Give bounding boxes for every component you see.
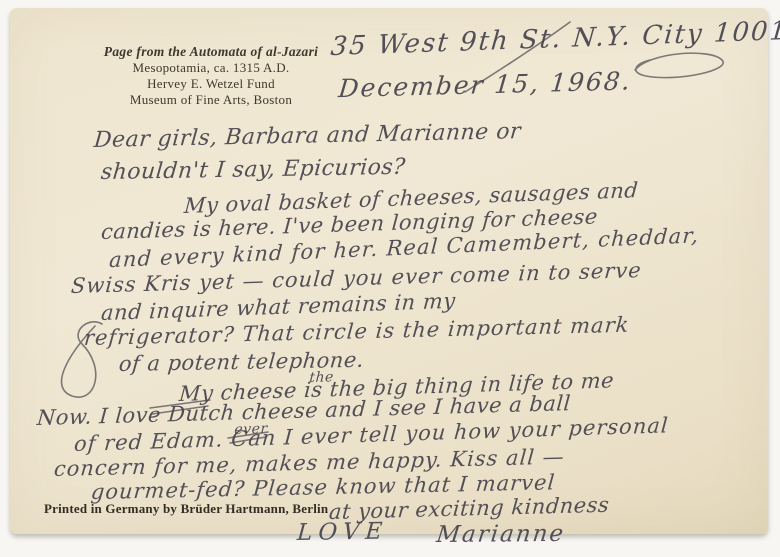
signature-name: Marianne bbox=[435, 521, 567, 548]
credit-museum: Museum of Fine Arts, Boston bbox=[58, 92, 364, 108]
credit-fund: Hervey E. Wetzel Fund bbox=[58, 76, 364, 92]
postcard: Page from the Automata of al-Jazari Meso… bbox=[10, 8, 768, 534]
ink-circle-scrawl-zip bbox=[635, 53, 723, 77]
credit-title: Page from the Automata of al-Jazari bbox=[58, 44, 364, 60]
handwritten-insertion: the bbox=[309, 369, 335, 386]
handwritten-date: December 15, 1968. bbox=[337, 66, 633, 103]
handwritten-insertion: ever bbox=[234, 421, 268, 438]
handwritten-address: 35 West 9th St. N.Y. City 10011 bbox=[329, 15, 780, 62]
handwritten-line: shouldn't I say, Epicurios? bbox=[100, 155, 407, 185]
printed-footer: Printed in Germany by Brüder Hartmann, B… bbox=[44, 501, 328, 517]
printed-credit-block: Page from the Automata of al-Jazari Meso… bbox=[58, 44, 364, 108]
handwritten-line: Dear girls, Barbara and Marianne or bbox=[93, 119, 522, 153]
credit-origin: Mesopotamia, ca. 1315 A.D. bbox=[58, 60, 364, 76]
signature-love: LOVE bbox=[296, 518, 389, 546]
